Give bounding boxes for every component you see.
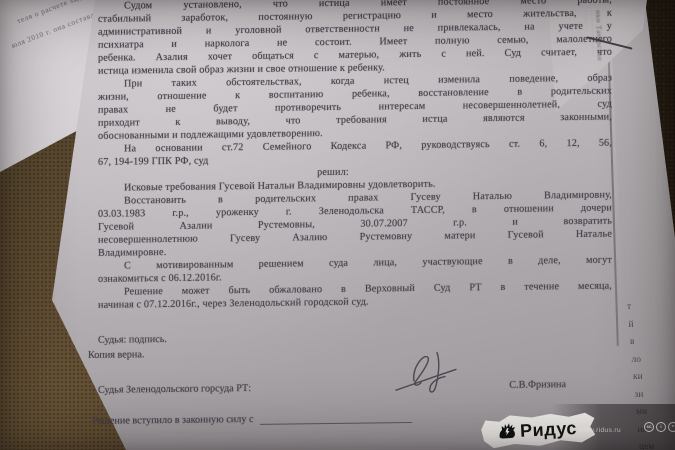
photo-of-court-decision: ов делателя о расчете задоюля 2010 г. он… bbox=[0, 0, 675, 450]
copy-note: Копия верна. bbox=[88, 349, 144, 361]
cc-icon: cc bbox=[644, 422, 654, 432]
hedgehog-icon bbox=[497, 421, 518, 442]
ridus-brand-label: Ридус bbox=[520, 417, 578, 441]
footer-label: Решение вступило в законную силу с bbox=[92, 414, 254, 427]
document-body: Судом установлено, что истица имеет пост… bbox=[98, 0, 612, 313]
judge-title: Судья Зеленодольского горсуда РТ: bbox=[98, 383, 251, 396]
blank-underline bbox=[260, 413, 412, 425]
footer-row: Решение вступило в законную силу с bbox=[92, 412, 412, 427]
handwritten-signature bbox=[392, 346, 464, 395]
ridus-url: www.ridus.ru bbox=[579, 427, 621, 434]
judge-signature-note: Судья: подпись. bbox=[98, 334, 167, 346]
cc-license-icons: cci= bbox=[644, 422, 675, 432]
document-text-layer: (ст. 72 СК РФ). Судом установлено, что и… bbox=[0, 0, 675, 450]
cc-icon: = bbox=[668, 422, 675, 432]
judge-row: Судья Зеленодольского горсуда РТ: С.В.Фр… bbox=[98, 379, 566, 396]
judge-name: С.В.Фризина bbox=[509, 379, 566, 391]
cc-icon: i bbox=[656, 422, 666, 432]
